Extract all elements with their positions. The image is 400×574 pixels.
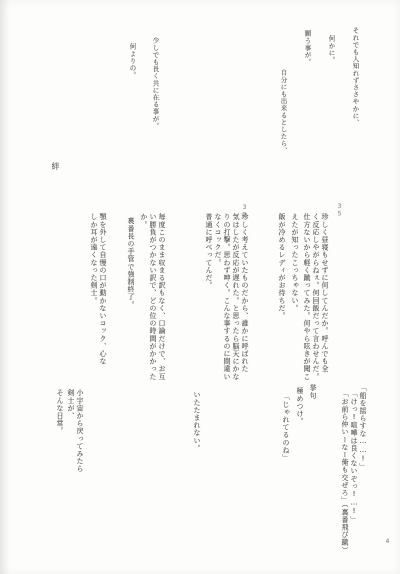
swordsman-narration-paragraph-column: いたたまれない。 — [193, 391, 200, 452]
cook-narration-paragraph-column: 仕方ないから軽く蹴ってみた。何やら呟きが聞こ — [303, 213, 310, 380]
scan-edge-shading — [0, 0, 10, 574]
wish-monologue-column: 願う事が。 — [304, 30, 311, 66]
onlooker-reaction-column: 挙句 — [309, 384, 316, 399]
cook-narration-paragraph-column: 珍しく昼寝もせずに何してんだか。呼んでも全 — [321, 213, 328, 373]
wish-monologue-column: それでも人知れずささやかに、 — [352, 27, 359, 126]
crew-quotes-column: 「お前ら仲いーなー俺も交ぜろ」（裏番飛び蹴） — [341, 390, 348, 554]
aftermath-paragraph-column: 裏番長の手管で強制終了。 — [127, 217, 134, 308]
wish-monologue-continued-column: 少しでも長く共に在る事が。 — [152, 37, 159, 129]
kizuna-character-column: 絆 — [51, 162, 59, 171]
crew-quotes-column: 「けっ!喧嘩は良くないぞっ!…!」 — [350, 390, 357, 523]
cook-narration-paragraph-column: く反応しやがらねぇ。何回飯だって言わせんだ。 — [312, 213, 319, 380]
swordsman-narration-paragraph-column: りの打撃。思わず呻く。こんな事するのに間違い — [223, 213, 230, 380]
swordsman-narration-paragraph-column: なくコックだ。 — [214, 213, 221, 266]
page-number-column: 4 — [384, 538, 390, 546]
swordsman-narration-paragraph-column: 珍しく考えていたものだから、誰かに呼ばれた — [241, 213, 248, 373]
onlooker-reaction-column: 「じゃれてるのね」 — [282, 393, 289, 461]
aftermath-paragraph-column: しか耳が遠くなった剣士。 — [90, 213, 97, 304]
swordsman-narration-paragraph-column: 普通に呼べってんだ。 — [205, 213, 212, 289]
wish-monologue-column: 自分にも出来るとしたら、 — [280, 69, 287, 154]
wish-monologue-column: 何かに。 — [328, 35, 335, 63]
aftermath-paragraph-column: 顎を外して自慢の口が動かないコック、心な — [99, 213, 106, 365]
aftermath-paragraph-column: い勝負がつかない訳で、どの位の時間がかかった — [149, 213, 156, 380]
section-mark-right-column: 35 — [336, 203, 342, 218]
cook-narration-paragraph-column: 飯が冷めるレディがお待ちだ。 — [278, 213, 285, 319]
aftermath-paragraph-column: 毎度このまま収まる訳もなく、口論だけで、お互 — [158, 213, 165, 380]
aftermath-paragraph-column: 小宇宙から戻ってみたら — [76, 389, 83, 473]
swordsman-narration-paragraph-column: 気はしたが反応が遅れた。と思ったら脳天にかな — [232, 213, 239, 380]
aftermath-paragraph-column: そんな日常。 — [56, 389, 63, 435]
aftermath-paragraph-column: か。 — [140, 213, 147, 228]
onlooker-reaction-column: 極めつけ。 — [296, 387, 303, 425]
wish-monologue-continued-column: 何よりの。 — [129, 43, 136, 79]
novel-page: それでも人知れずささやかに、何かに。願う事が。自分にも出来るとしたら、少しでも長… — [0, 0, 400, 574]
crew-quotes-column: 「船を揺らすな……!」 — [359, 384, 366, 471]
aftermath-paragraph-column: 剣士が、 — [67, 389, 74, 419]
cook-narration-paragraph-column: えたが知ったこっちゃない。 — [291, 213, 298, 312]
